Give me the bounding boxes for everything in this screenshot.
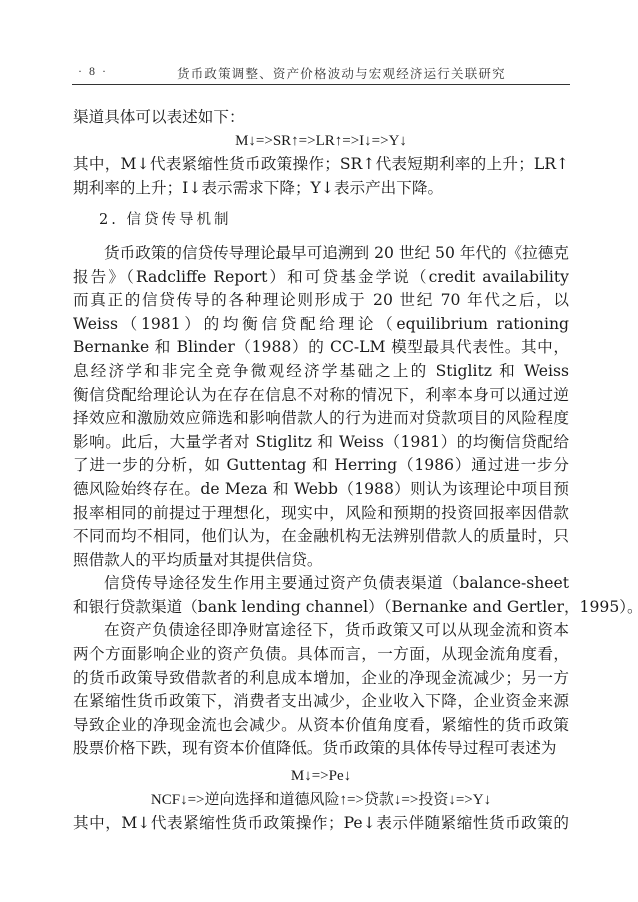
explanation-line: 其中，M↓代表紧缩性货币政策操作；SR↑代表短期利率的上升；LR↑表示长 [73,153,569,177]
running-title: 货币政策调整、资产价格波动与宏观经济运行关联研究 [177,64,506,82]
formula-interest-rate-channel: M↓=>SR↑=>LR↑=>I↓=>Y↓ [73,130,569,154]
paragraph-line: 报率相同的前提过于理想化，现实中，风险和预期的投资回报率因借款人的 [73,502,569,526]
paragraph-line: 导致企业的净现金流也会减少。从资本价值角度看，紧缩性的货币政策导致 [73,714,569,738]
paragraph-line: 报告》（Radcliffe Report）和可贷基金学说（credit avai… [73,266,569,290]
paragraph-line: 衡信贷配给理论认为在存在信息不对称的情况下，利率本身可以通过逆向选 [73,384,569,408]
paragraph-line: 在资产负债途径即净财富途径下，货币政策又可以从现金流和资本价值 [73,619,569,643]
formula-money-to-equity-price: M↓=>Pe↓ [73,765,569,789]
paragraph-line: 息经济学和非完全竞争微观经济学基础之上的 Stiglitz 和 Weiss（19… [73,360,569,384]
paragraph-line: 了进一步的分析，如 Guttentag 和 Herring（1986）通过进一步… [73,454,569,478]
paragraph-credit-theory: 货币政策的信贷传导理论最早可追溯到 20 世纪 50 年代的《拉德克利夫 报告》… [73,242,569,572]
paragraph-line: 股票价格下跌，现有资本价值降低。货币政策的具体传导过程可表述为 [73,737,569,761]
paragraph-line: 和银行贷款渠道（bank lending channel）（Bernanke a… [73,596,569,620]
section-heading: 2. 信贷传导机制 [73,209,569,233]
paragraph-line: 影响。此后，大量学者对 Stiglitz 和 Weiss（1981）的均衡信贷配… [73,431,569,455]
paragraph-line: 两个方面影响企业的资产负债。具体而言，一方面，从现金流角度看，紧缩 [73,643,569,667]
formula-ncf-chain: NCF↓=>逆向选择和道德风险↑=>贷款↓=>投资↓=>Y↓ [73,789,569,813]
explanation-line: 其中，M↓代表紧缩性货币政策操作；Pe↓表示伴随紧缩性货币政策的实施资 [73,812,569,836]
paragraph-line: Bernanke 和 Blinder（1988）的 CC-LM 模型最具代表性。… [73,336,569,360]
page-number: · 8 · [78,64,108,79]
paragraph-line: 而真正的信贷传导的各种理论则形成于 20 世纪 70 年代之后，以 Stigli… [73,289,569,313]
paragraph-channels: 信贷传导途径发生作用主要通过资产负债表渠道（balance-sheet chan… [73,572,569,619]
explanation-line: 期利率的上升；I↓表示需求下降；Y↓表示产出下降。 [73,177,569,201]
paragraph-line: 择效应和激励效应筛选和影响借款人的行为进而对贷款项目的风险程度产生 [73,407,569,431]
paragraph-line: 信贷传导途径发生作用主要通过资产负债表渠道（balance-sheet chan… [73,572,569,596]
page-header: · 8 · 货币政策调整、资产价格波动与宏观经济运行关联研究 [72,62,570,85]
paragraph-line: 在紧缩性货币政策下，消费者支出减少，企业收入下降，企业资金来源缩减 [73,690,569,714]
paragraph-line: 照借款人的平均质量对其提供信贷。 [73,549,569,573]
paragraph-line: 的货币政策导致借款者的利息成本增加，企业的净现金流减少；另一方面， [73,667,569,691]
paragraph-balance-sheet: 在资产负债途径即净财富途径下，货币政策又可以从现金流和资本价值 两个方面影响企业… [73,619,569,761]
paragraph-line: 德风险始终存在。de Meza 和 Webb（1988）则认为该理论中项目预期投… [73,478,569,502]
body-text: 渠道具体可以表述如下： M↓=>SR↑=>LR↑=>I↓=>Y↓ 其中，M↓代表… [73,106,569,836]
intro-line: 渠道具体可以表述如下： [73,106,569,130]
paragraph-line: 货币政策的信贷传导理论最早可追溯到 20 世纪 50 年代的《拉德克利夫 [73,242,569,266]
paragraph-line: 不同而均不相同，他们认为，在金融机构无法辨别借款人的质量时，只能依 [73,525,569,549]
paragraph-line: Weiss（1981）的均衡信贷配给理论（equilibrium rationi… [73,313,569,337]
